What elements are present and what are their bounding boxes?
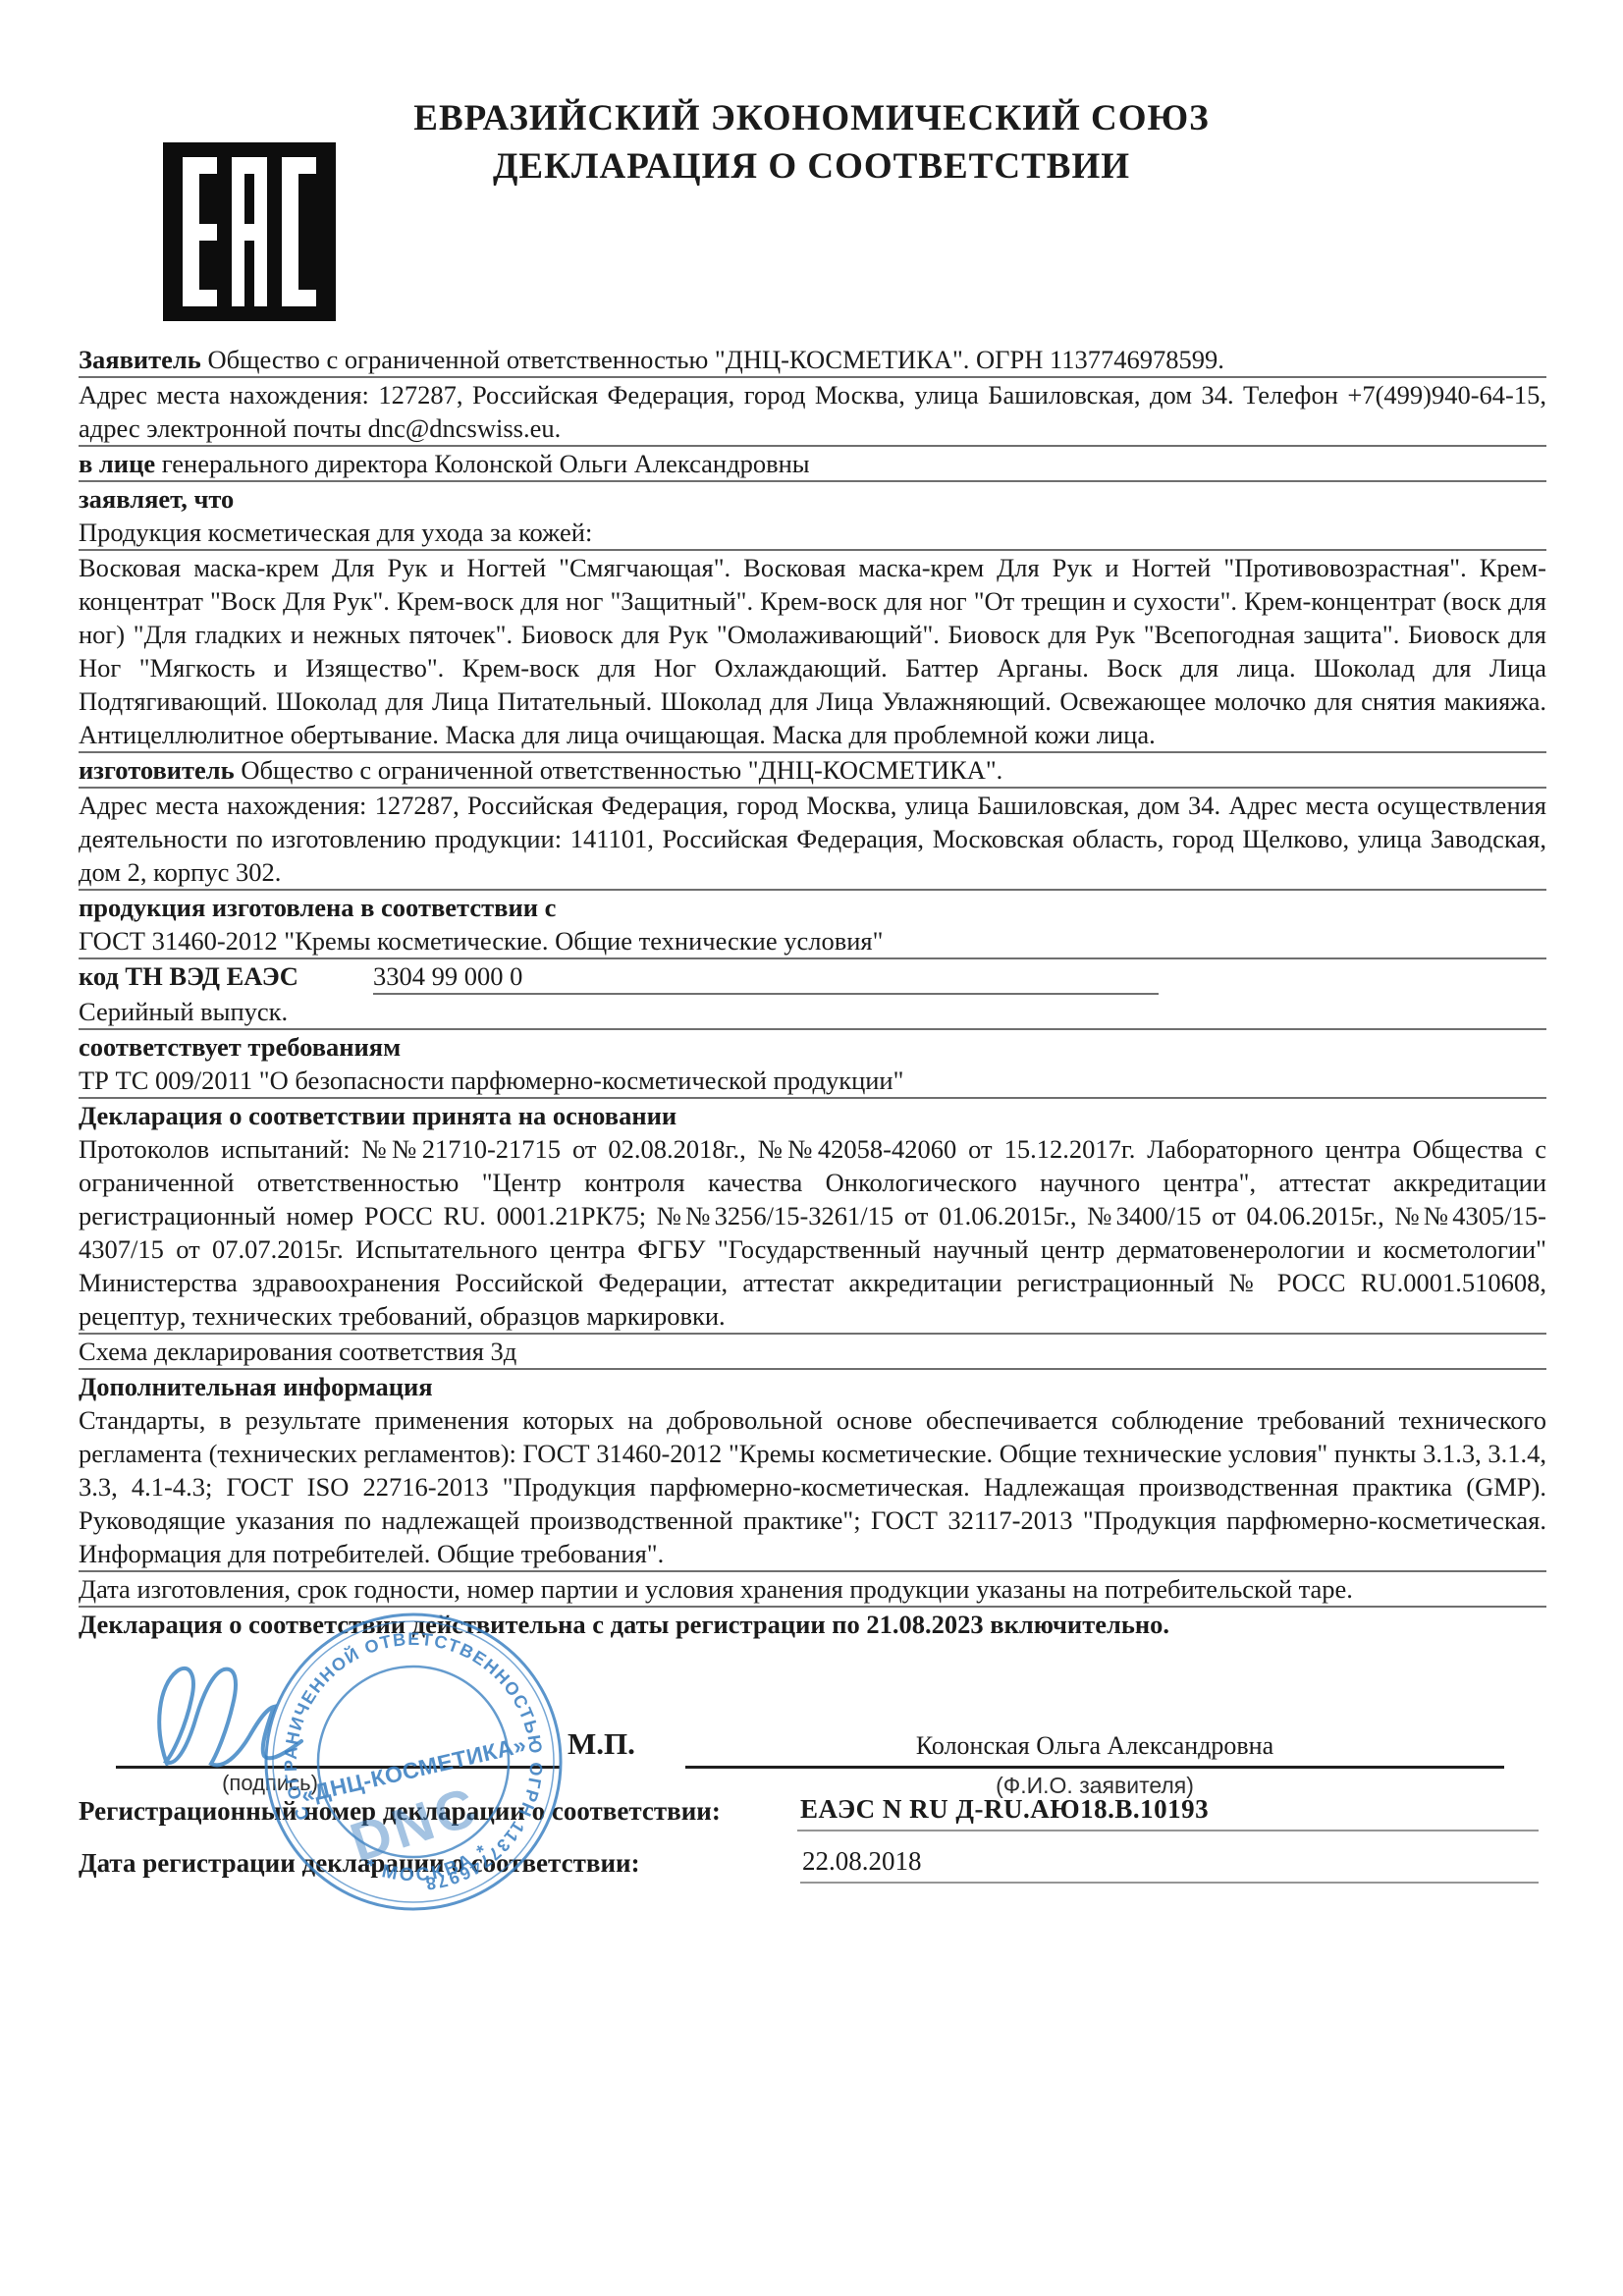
- field-additional-text: Стандарты, в результате применения котор…: [79, 1403, 1546, 1572]
- field-declares: заявляет, что: [79, 482, 1546, 516]
- field-serial: Серийный выпуск.: [79, 995, 1546, 1030]
- field-made-according-text: ГОСТ 31460-2012 "Кремы косметические. Об…: [79, 924, 1546, 959]
- field-basis-text: Протоколов испытаний: №№21710-21715 от 0…: [79, 1132, 1546, 1335]
- field-applicant: Заявитель Общество с ограниченной ответс…: [79, 343, 1546, 378]
- reg-number-value: ЕАЭС N RU Д-RU.АЮ18.В.10193: [800, 1794, 1209, 1825]
- document-header: ЕВРАЗИЙСКИЙ ЭКОНОМИЧЕСКИЙ СОЮЗ ДЕКЛАРАЦИ…: [0, 94, 1623, 191]
- company-stamp: С ОГРАНИЧЕННОЙ ОТВЕТСТВЕННОСТЬЮ ОГРН 113…: [260, 1609, 567, 1915]
- reg-number-line: [797, 1830, 1539, 1831]
- reg-date-line: [800, 1882, 1539, 1884]
- reg-date-value: 22.08.2018: [802, 1846, 922, 1877]
- field-storage-note: Дата изготовления, срок годности, номер …: [79, 1572, 1546, 1608]
- applicant-text: Общество с ограниченной ответственностью…: [207, 345, 1223, 374]
- declarant-name: Колонская Ольга Александровна: [687, 1731, 1502, 1761]
- field-made-according-label: продукция изготовлена в соответствии с: [79, 891, 1546, 924]
- tnved-value: 3304 99 000 0: [373, 959, 1159, 995]
- document-body: Заявитель Общество с ограниченной ответс…: [79, 343, 1546, 1641]
- declarant-name-line: [685, 1766, 1504, 1769]
- field-additional-label: Дополнительная информация: [79, 1370, 1546, 1403]
- field-basis-label: Декларация о соответствии принята на осн…: [79, 1099, 1546, 1132]
- applicant-label: Заявитель: [79, 345, 201, 374]
- field-scheme: Схема декларирования соответствия 3д: [79, 1335, 1546, 1370]
- field-manufacturer-address: Адрес места нахождения: 127287, Российск…: [79, 789, 1546, 891]
- field-manufacturer: изготовитель Общество с ограниченной отв…: [79, 753, 1546, 789]
- manufacturer-text: Общество с ограниченной ответственностью…: [241, 755, 1002, 785]
- field-applicant-address: Адрес места нахождения: 127287, Российск…: [79, 378, 1546, 447]
- in-person-label: в лице: [79, 449, 155, 478]
- stamp-place-label: М.П.: [568, 1726, 635, 1762]
- manufacturer-label: изготовитель: [79, 755, 235, 785]
- field-complies-label: соответствует требованиям: [79, 1030, 1546, 1064]
- in-person-text: генерального директора Колонской Ольги А…: [162, 449, 810, 478]
- field-product-list: Восковая маска-крем Для Рук и Ногтей "См…: [79, 551, 1546, 753]
- field-in-person: в лице генерального директора Колонской …: [79, 447, 1546, 482]
- field-product-intro: Продукция косметическая для ухода за кож…: [79, 516, 1546, 551]
- field-complies-text: ТР ТС 009/2011 "О безопасности парфюмерн…: [79, 1064, 1546, 1099]
- field-tnved: код ТН ВЭД ЕАЭС3304 99 000 0: [79, 959, 1546, 995]
- page-subtitle: ДЕКЛАРАЦИЯ О СООТВЕТСТВИИ: [0, 142, 1623, 191]
- page-title: ЕВРАЗИЙСКИЙ ЭКОНОМИЧЕСКИЙ СОЮЗ: [0, 94, 1623, 142]
- declaration-document: ЕВРАЗИЙСКИЙ ЭКОНОМИЧЕСКИЙ СОЮЗ ДЕКЛАРАЦИ…: [0, 0, 1623, 2296]
- tnved-label: код ТН ВЭД ЕАЭС: [79, 959, 373, 993]
